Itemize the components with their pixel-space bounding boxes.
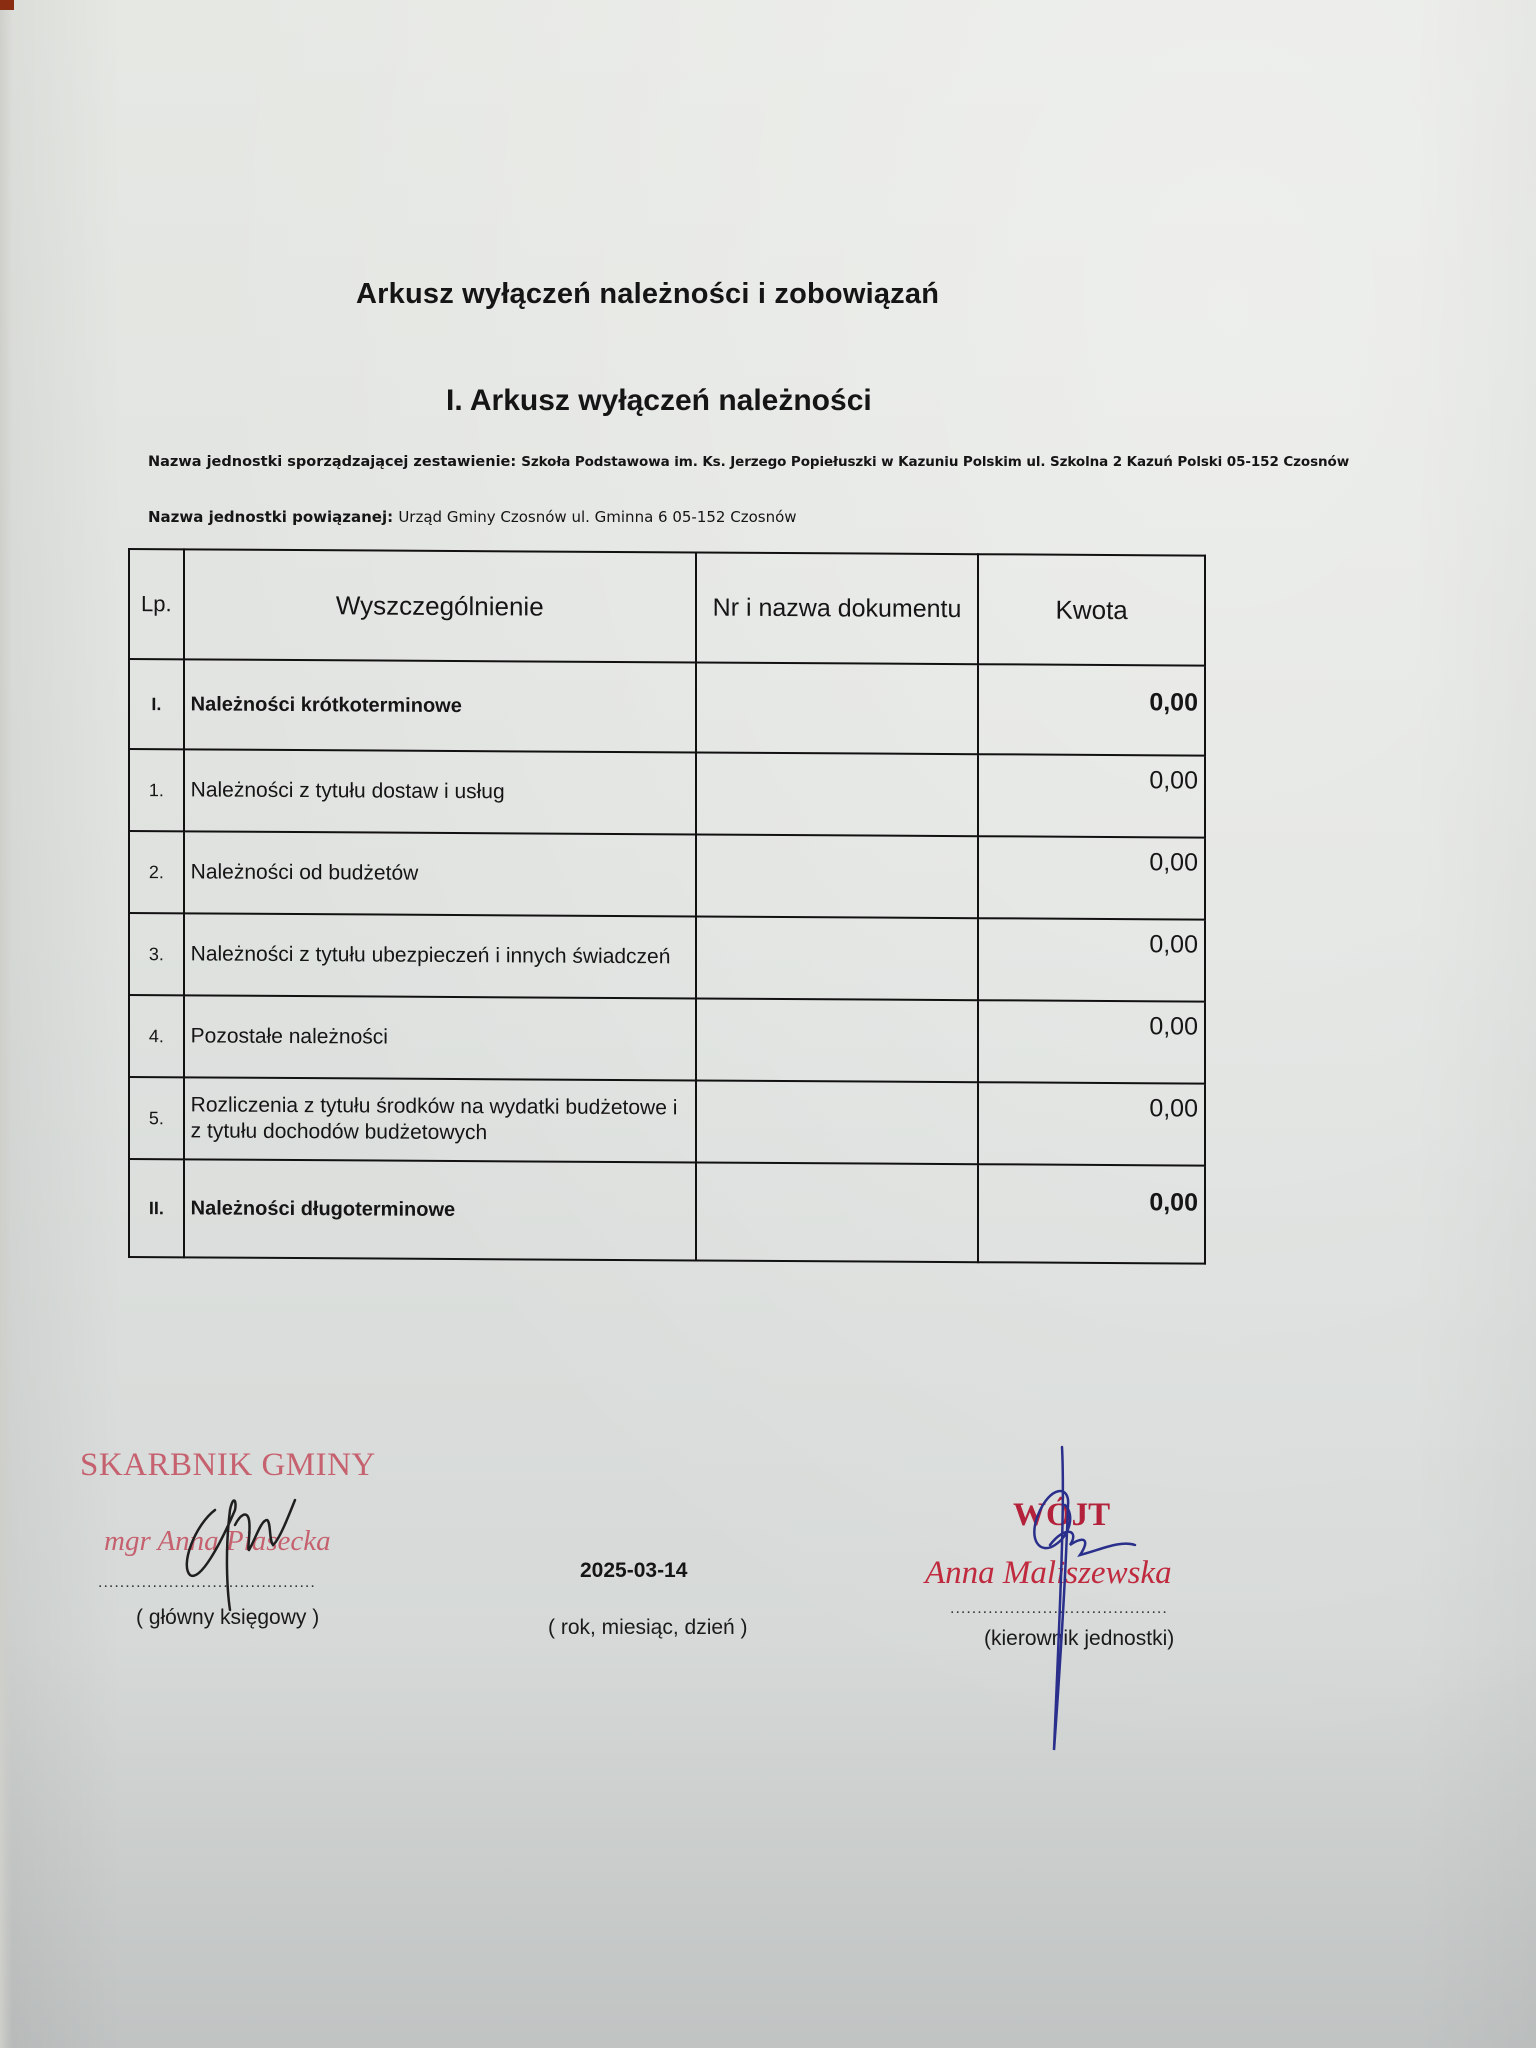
row-document xyxy=(696,916,978,1000)
header-amount: Kwota xyxy=(978,554,1205,665)
row-document xyxy=(696,834,978,918)
row-description: Należności z tytułu ubezpieczeń i innych… xyxy=(184,913,696,998)
accountant-caption: ( główny księgowy ) xyxy=(136,1606,319,1630)
row-lp: 5. xyxy=(129,1077,184,1159)
row-lp: 3. xyxy=(129,913,184,995)
related-unit-label: Nazwa jednostki powiązanej: xyxy=(148,508,393,526)
row-lp: 4. xyxy=(129,995,184,1077)
document-title: Arkusz wyłączeń należności i zobowiązań xyxy=(356,278,939,311)
header-document: Nr i nazwa dokumentu xyxy=(696,552,978,664)
table-row: 4. Pozostałe należności 0,00 xyxy=(129,995,1205,1084)
table-row: 3. Należności z tytułu ubezpieczeń i inn… xyxy=(129,913,1205,1002)
row-description: Rozliczenia z tytułu środków na wydatki … xyxy=(184,1077,696,1162)
row-amount: 0,00 xyxy=(978,1000,1205,1083)
row-lp: 2. xyxy=(129,831,184,913)
row-amount: 0,00 xyxy=(978,1164,1205,1263)
header-lp: Lp. xyxy=(129,549,184,659)
row-description: Należności z tytułu dostaw i usług xyxy=(184,749,696,834)
page-edge-shadow xyxy=(0,10,12,2048)
row-lp: II. xyxy=(129,1159,184,1257)
row-document xyxy=(696,752,978,836)
row-lp: 1. xyxy=(129,749,184,831)
row-description: Należności długoterminowe xyxy=(184,1159,696,1260)
section-title: I. Arkusz wyłączeń należności xyxy=(446,384,872,418)
signing-date: 2025-03-14 xyxy=(580,1559,687,1583)
related-unit-line: Nazwa jednostki powiązanej: Urząd Gminy … xyxy=(148,508,797,526)
related-unit-value: Urząd Gminy Czosnów ul. Gminna 6 05-152 … xyxy=(398,508,796,526)
date-caption: ( rok, miesiąc, dzień ) xyxy=(548,1616,748,1640)
accountant-handwritten-signature xyxy=(175,1470,325,1620)
row-document xyxy=(696,1162,978,1262)
table-row: II. Należności długoterminowe 0,00 xyxy=(129,1159,1205,1264)
table-header-row: Lp. Wyszczególnienie Nr i nazwa dokument… xyxy=(129,549,1205,666)
row-amount: 0,00 xyxy=(978,918,1205,1001)
table-row: 2. Należności od budżetów 0,00 xyxy=(129,831,1205,920)
table-row: 1. Należności z tytułu dostaw i usług 0,… xyxy=(129,749,1205,838)
row-amount: 0,00 xyxy=(978,754,1205,837)
row-document xyxy=(696,662,978,754)
accountant-signature-line: ........................................ xyxy=(98,1574,316,1592)
row-description: Należności od budżetów xyxy=(184,831,696,916)
folder-edge xyxy=(0,0,14,10)
row-description: Należności krótkoterminowe xyxy=(184,659,696,752)
row-amount: 0,00 xyxy=(978,1082,1205,1165)
row-amount: 0,00 xyxy=(978,664,1205,755)
row-description: Pozostałe należności xyxy=(184,995,696,1080)
row-document xyxy=(696,1080,978,1164)
row-lp: I. xyxy=(129,659,184,749)
receivables-table: Lp. Wyszczególnienie Nr i nazwa dokument… xyxy=(128,548,1206,1265)
reporting-unit-label: Nazwa jednostki sporządzającej zestawien… xyxy=(148,454,516,470)
reporting-unit-line: Nazwa jednostki sporządzającej zestawien… xyxy=(148,454,1349,470)
reporting-unit-value: Szkoła Podstawowa im. Ks. Jerzego Popieł… xyxy=(521,454,1349,470)
table-row: I. Należności krótkoterminowe 0,00 xyxy=(129,659,1205,756)
header-description: Wyszczególnienie xyxy=(184,549,696,662)
table-row: 5. Rozliczenia z tytułu środków na wydat… xyxy=(129,1077,1205,1166)
row-amount: 0,00 xyxy=(978,836,1205,919)
head-handwritten-signature xyxy=(1010,1445,1170,1765)
row-document xyxy=(696,998,978,1082)
